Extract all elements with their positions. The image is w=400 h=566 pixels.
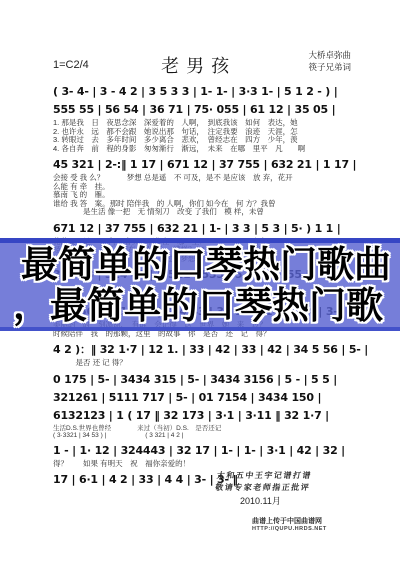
score-row-notation: 1 - | 1· 12 | 324443 | 32 17 | 1- | 1- |…: [53, 444, 351, 457]
score-row-notation: 4 2 )：‖ 32 1·7 | 12 1. | 33 | 42 | 33 | …: [53, 343, 351, 356]
lyricist-credit: 筷子兄弟词: [308, 62, 351, 72]
watermark: 曲谱上传于中国曲谱网 HTTP://QUPU.HRDS.NET: [252, 516, 327, 532]
score-row-small: 生活D.S.世界也曾经 来过（当初）D.S. 是否还记: [53, 425, 351, 432]
score-row-small: ( 3·3321 | 34 53 ) | ( 3 321 | 4 2 |: [53, 432, 351, 439]
score-row-notation: 0 175 | 5- | 3434 315 | 5- | 3434 3156 |…: [53, 373, 351, 386]
sheet-header: 1=C2/4 老男孩 大桥卓弥曲 筷子兄弟词: [53, 50, 351, 80]
watermark-site-name: 曲谱上传于中国曲谱网: [252, 516, 327, 526]
page: 1=C2/4 老男孩 大桥卓弥曲 筷子兄弟词 ( 3- 4- | 3 - 4 2…: [0, 0, 400, 566]
score-row-notation: 321261 | 5111 717 | 5- | 01 7154 | 3434 …: [53, 391, 351, 404]
score-row-notation: 6132123 | 1 ( 17 ‖ 32 173 | 3·1 | 3·11 ‖…: [53, 409, 351, 422]
score-row-notation: ( 3- 4- | 3 - 4 2 | 3 5 3 3 | 1- 1- | 3·…: [53, 85, 351, 98]
key-signature: 1=C2/4: [53, 59, 89, 71]
caption-line-2: ，最简单的口琴热门歌: [0, 285, 398, 326]
caption-overlay-band: 最简单的口琴热门歌曲 ，最简单的口琴热门歌: [0, 238, 400, 331]
song-title: 老男孩: [161, 52, 236, 78]
score-row-lyric: 是否 还 记 得？: [53, 359, 351, 368]
score-row-notation: 671 12 | 37 755 | 632 21 | 1- | 3 3 | 5 …: [53, 222, 351, 235]
score-row-lyric: 得？ 如果 有明天 祝 福你亲爱的！: [53, 460, 351, 469]
transcriber-note-line2: 敬请专家老师指正批评: [215, 483, 311, 492]
score-row-lyric: 4. 各自奔 前 程的身影 匆匆渐行 渐远， 未来 在哪 里平 凡 啊: [53, 145, 351, 154]
score-date: 2010.11月: [240, 494, 281, 507]
composer-credit: 大桥卓弥曲: [308, 50, 351, 60]
watermark-url: HTTP://QUPU.HRDS.NET: [252, 526, 327, 532]
transcriber-note-line1: 太和五中王宇记谱打谱: [216, 471, 312, 480]
caption-line-1: 最简单的口琴热门歌曲: [6, 244, 400, 285]
score-row-lyric: 是生活 像一把 无 情刻刀 改变 了我们 模 样，未曾: [53, 208, 351, 217]
score-row-notation: 45 321 | 2-:‖ 1 17 | 671 12 | 37 755 | 6…: [53, 158, 351, 171]
credits: 大桥卓弥曲 筷子兄弟词: [308, 50, 351, 74]
score-row-notation: 555 55 | 56 54 | 36 71 | 75· 055 | 61 12…: [53, 103, 351, 116]
transcriber-note: 太和五中王宇记谱打谱 敬请专家老师指正批评: [214, 470, 312, 494]
